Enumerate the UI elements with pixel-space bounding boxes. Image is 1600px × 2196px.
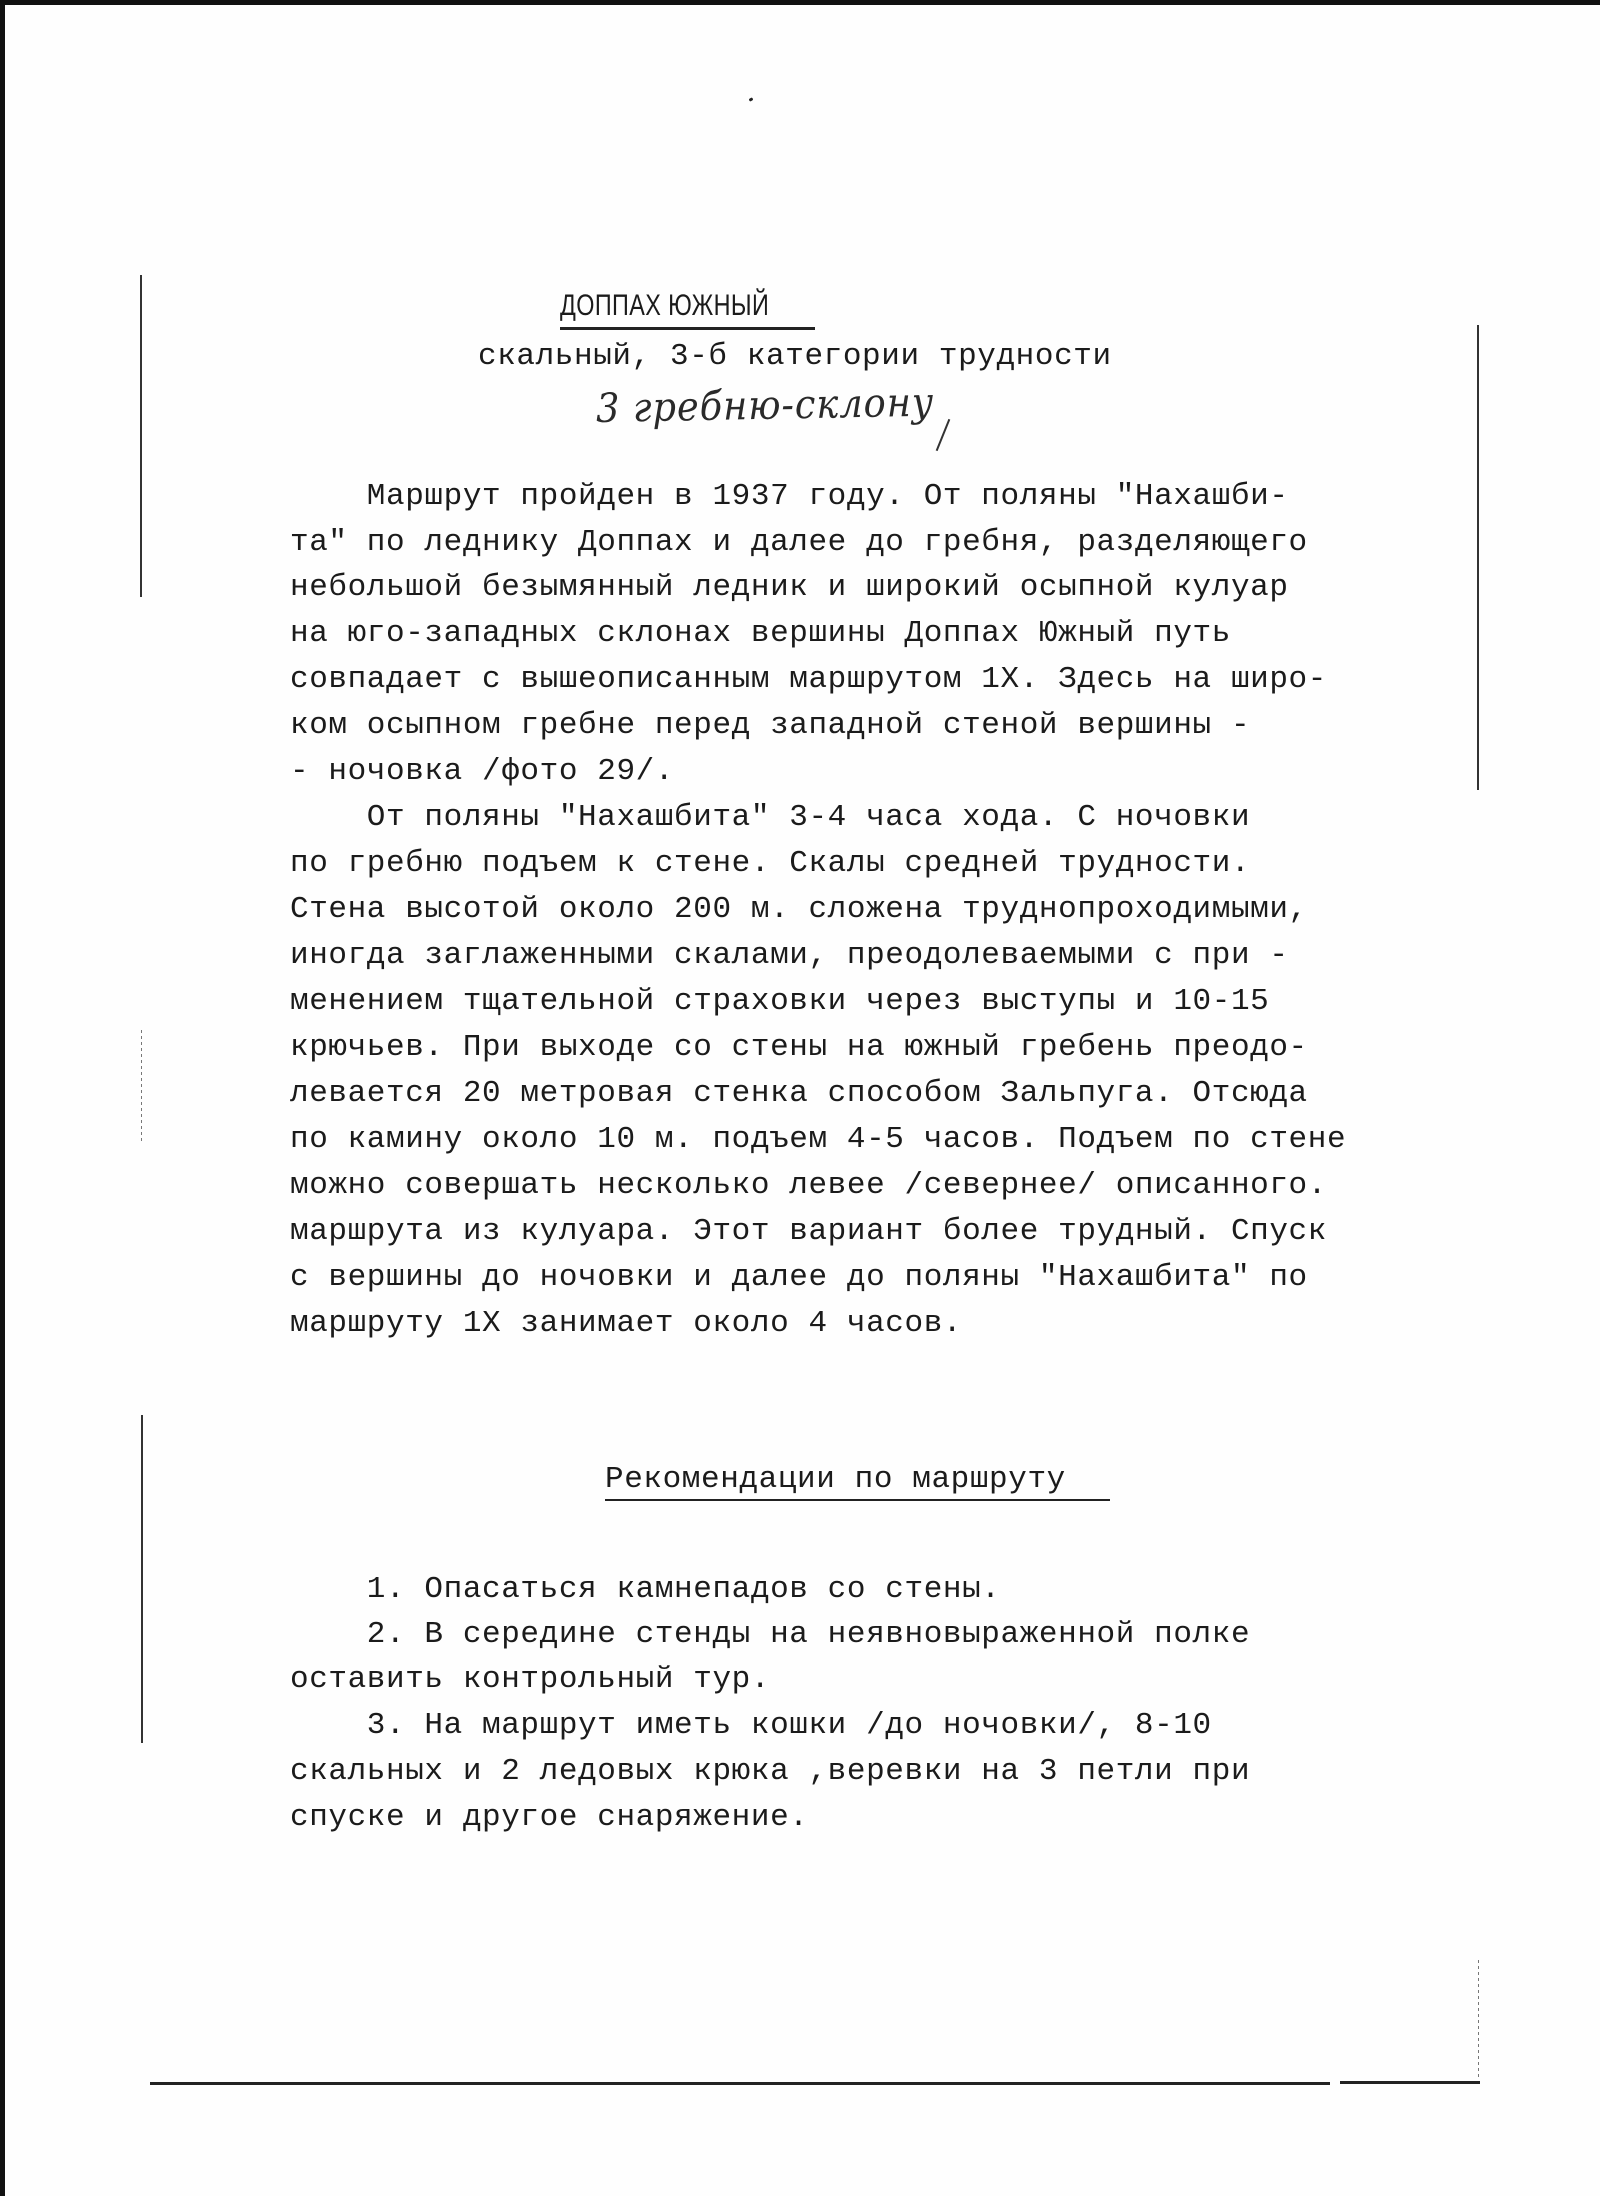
list-item: 1. Опасаться камнепадов со стены.	[290, 1572, 1001, 1608]
left-margin-rule-bottom	[141, 1415, 143, 1743]
text-line: небольшой безымянный ледник и широкий ос…	[290, 570, 1289, 606]
text-line: левается 20 метровая стенка способом Зал…	[290, 1076, 1308, 1112]
bottom-rule-right	[1340, 2081, 1480, 2084]
list-item: 2. В середине стенды на неявновыраженной…	[290, 1617, 1250, 1653]
text-line: крючьев. При выходе со стены на южный гр…	[290, 1030, 1308, 1066]
right-margin-rule-lower	[1478, 1960, 1479, 2080]
text-line: маршрута из кулуара. Этот вариант более …	[290, 1214, 1327, 1250]
text-line: та" по леднику Доппах и далее до гребня,…	[290, 525, 1308, 561]
scan-speck	[749, 97, 754, 102]
handwritten-note: 3 гребню-склону	[596, 380, 935, 432]
left-margin-rule-top	[140, 275, 142, 597]
text-line: Стена высотой около 200 м. сложена трудн…	[290, 892, 1308, 928]
text-line: менением тщательной страховки через выст…	[290, 984, 1269, 1020]
recommendations-heading: Рекомендации по маршруту	[605, 1462, 1066, 1498]
title-underline	[560, 327, 815, 330]
document-title: ДОППАХ ЮЖНЫЙ	[560, 288, 769, 324]
scan-edge-left	[0, 0, 5, 2196]
recommendations-underline	[605, 1499, 1110, 1501]
text-line: - ночовка /фото 29/.	[290, 754, 674, 790]
text-line: на юго-западных склонах вершины Доппах Ю…	[290, 616, 1231, 652]
text-line: с вершины до ночовки и далее до поляны "…	[290, 1260, 1308, 1296]
list-item: 3. На маршрут иметь кошки /до ночовки/, …	[290, 1708, 1212, 1744]
text-line: совпадает с вышеописанным маршрутом 1Х. …	[290, 662, 1327, 698]
text-line: Маршрут пройден в 1937 году. От поляны "…	[290, 479, 1289, 515]
document-subtitle: скальный, 3-б категории трудности	[478, 339, 1112, 375]
list-item: скальных и 2 ледовых крюка ,веревки на 3…	[290, 1754, 1250, 1790]
right-margin-rule	[1477, 325, 1479, 790]
handwriting-stroke	[936, 419, 951, 451]
text-line: можно совершать несколько левее /северне…	[290, 1168, 1327, 1204]
list-item: спуске и другое снаряжение.	[290, 1800, 808, 1836]
text-line: ком осыпном гребне перед западной стеной…	[290, 708, 1250, 744]
left-margin-rule-dotted	[141, 1030, 142, 1142]
text-line: по гребню подъем к стене. Скалы средней …	[290, 846, 1250, 882]
list-item: оставить контрольный тур.	[290, 1662, 770, 1698]
scan-edge-top	[0, 0, 1600, 5]
text-line: иногда заглаженными скалами, преодолевае…	[290, 938, 1289, 974]
bottom-rule	[150, 2082, 1330, 2085]
text-line: От поляны "Нахашбита" 3-4 часа хода. С н…	[290, 800, 1250, 836]
text-line: по камину около 10 м. подъем 4-5 часов. …	[290, 1122, 1346, 1158]
text-line: маршруту 1Х занимает около 4 часов.	[290, 1306, 962, 1342]
